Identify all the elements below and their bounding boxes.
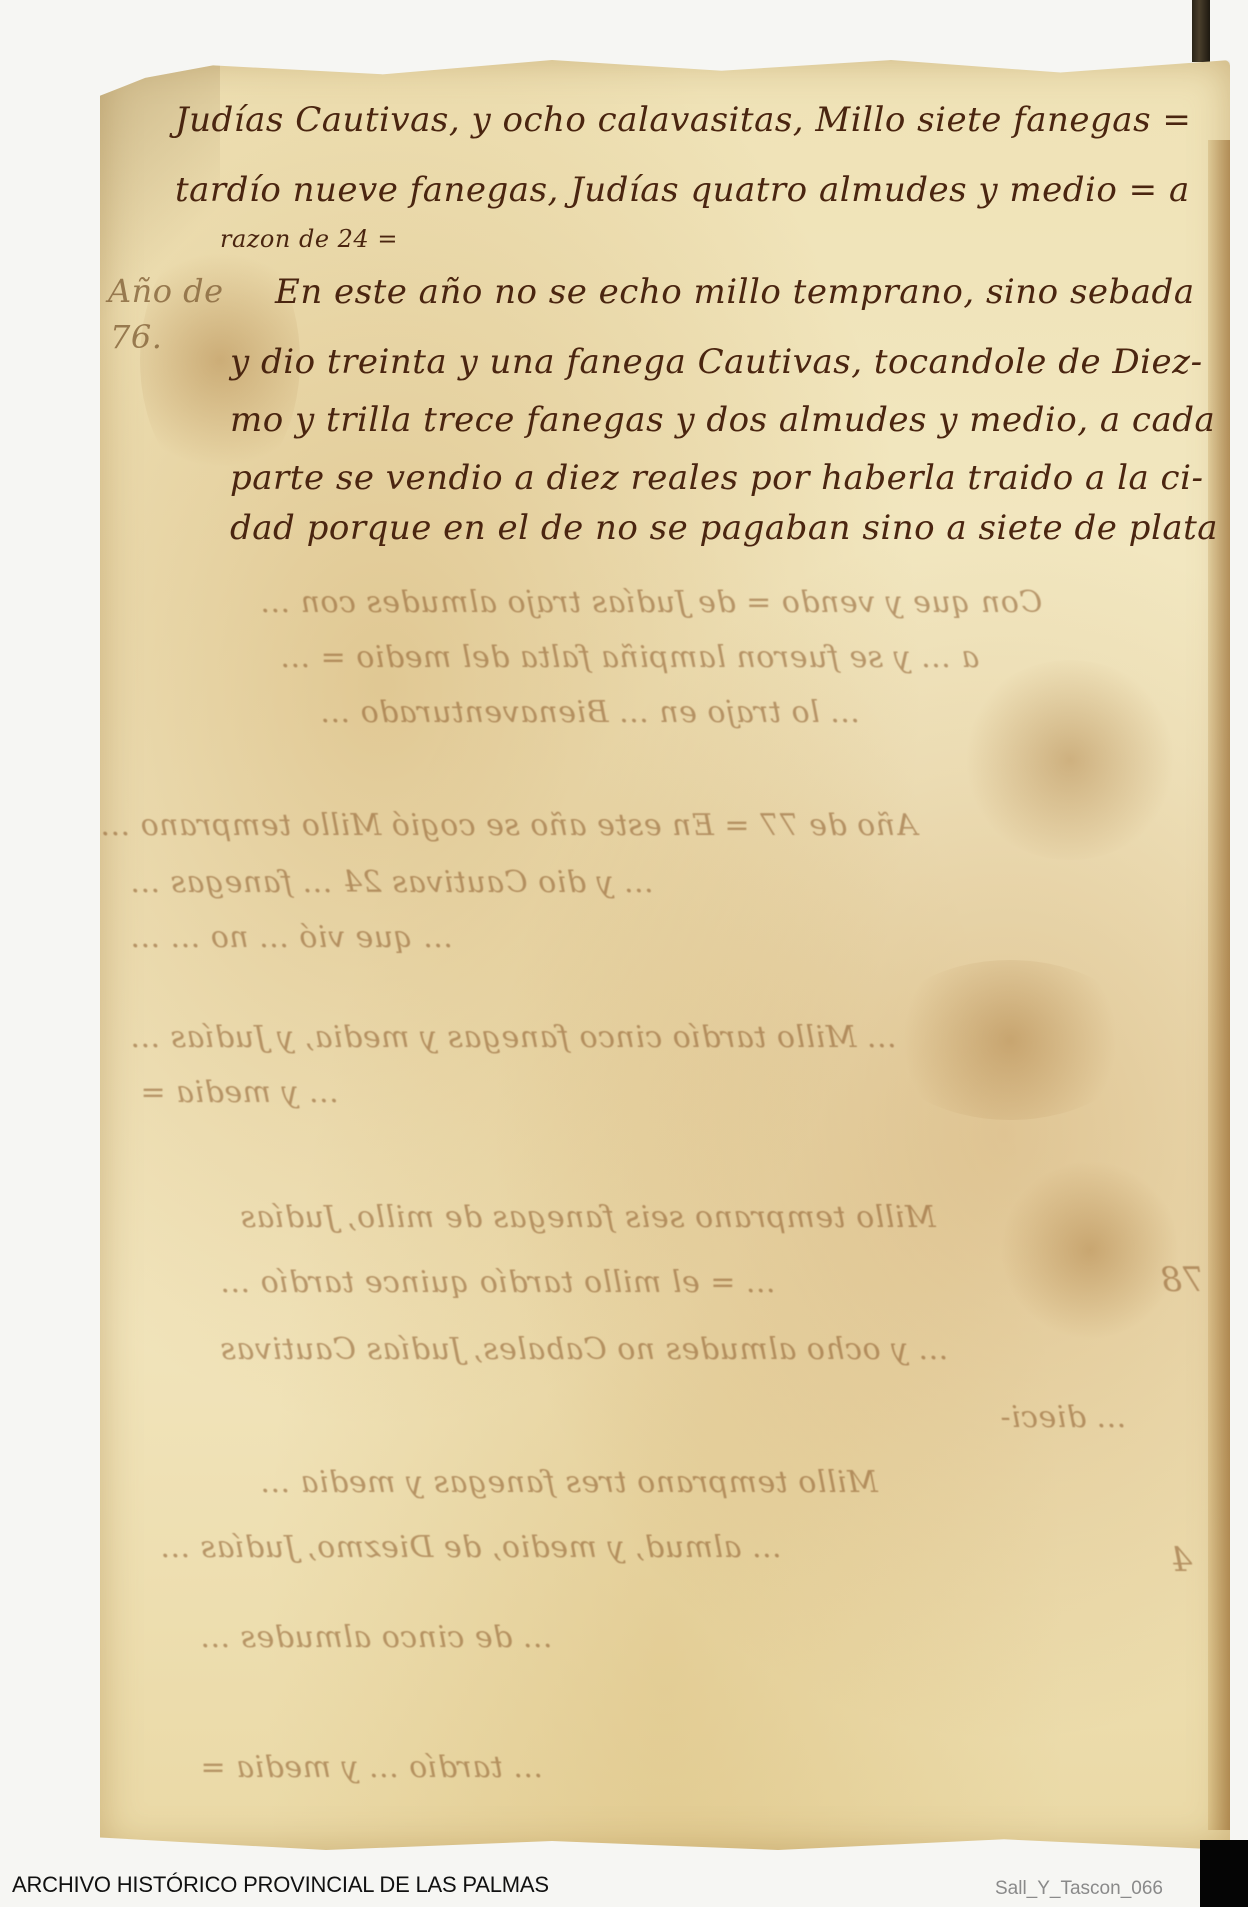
margin-number-ghost: 78 xyxy=(1160,1260,1204,1300)
bleed-through-line: ... que vió ... no ... ... xyxy=(130,920,453,955)
bleed-through-line: Millo temprano tres fanegas y media ... xyxy=(260,1465,878,1500)
bleed-through-line: Con que y vendo = de Judías trajo almude… xyxy=(260,585,1042,620)
bleed-through-line: ... y dio Cautivas 24 ... fanegas ... xyxy=(130,865,654,900)
image-id-label: Sall_Y_Tascon_066 xyxy=(995,1878,1163,1900)
bleed-through-line: a ... y se fueron lampiña falta del medi… xyxy=(280,640,979,675)
bleed-through-line: ... dieci- xyxy=(1000,1400,1126,1435)
bleed-through-line: ... Millo tardío cinco fanegas y media, … xyxy=(130,1020,897,1055)
manuscript-page: Judías Cautivas, y ocho calavasitas, Mil… xyxy=(100,60,1230,1850)
manuscript-line: Judías Cautivas, y ocho calavasitas, Mil… xyxy=(175,100,1191,140)
bleed-through-line: ... tardío ... y media = xyxy=(200,1750,543,1785)
margin-note-year-label: Año de xyxy=(108,272,224,310)
binding-edge-top xyxy=(1192,0,1210,62)
margin-note-year-number: 76. xyxy=(110,318,162,356)
bleed-through-line: Millo temprano seis fanegas de millo, Ju… xyxy=(240,1200,936,1235)
bleed-through-line: ... y ocho almudes no Cabales, Judías Ca… xyxy=(220,1332,948,1367)
manuscript-line: mo y trilla trece fanegas y dos almudes … xyxy=(230,400,1215,440)
manuscript-line: parte se vendio a diez reales por haberl… xyxy=(230,458,1203,498)
manuscript-line: razon de 24 = xyxy=(220,225,398,253)
manuscript-line: En este año no se echo millo temprano, s… xyxy=(275,272,1195,312)
manuscript-line: y dio treinta y una fanega Cautivas, toc… xyxy=(230,342,1203,382)
bleed-through-line: ... de cinco almudes ... xyxy=(200,1620,553,1655)
manuscript-line: dad porque en el de no se pagaban sino a… xyxy=(230,508,1248,548)
bleed-through-line: ... almud, y medio, de Diezmo, Judías ..… xyxy=(160,1530,782,1565)
bleed-through-line: ... lo trajo en ... Bienaventurado ... xyxy=(320,695,860,730)
bleed-through-line: ... = el millo tardío quince tardío ... xyxy=(220,1265,776,1300)
archive-label: ARCHIVO HISTÓRICO PROVINCIAL DE LAS PALM… xyxy=(12,1872,549,1898)
binding-edge-bottom xyxy=(1200,1840,1248,1907)
margin-number-ghost: 4 xyxy=(1170,1540,1192,1580)
bleed-through-line: Año de 77 = En este año se cogió Millo t… xyxy=(100,808,917,843)
manuscript-text: Judías Cautivas, y ocho calavasitas, Mil… xyxy=(100,60,1230,1850)
manuscript-line: tardío nueve fanegas, Judías quatro almu… xyxy=(175,170,1190,210)
bleed-through-line: ... y media = xyxy=(140,1075,339,1110)
